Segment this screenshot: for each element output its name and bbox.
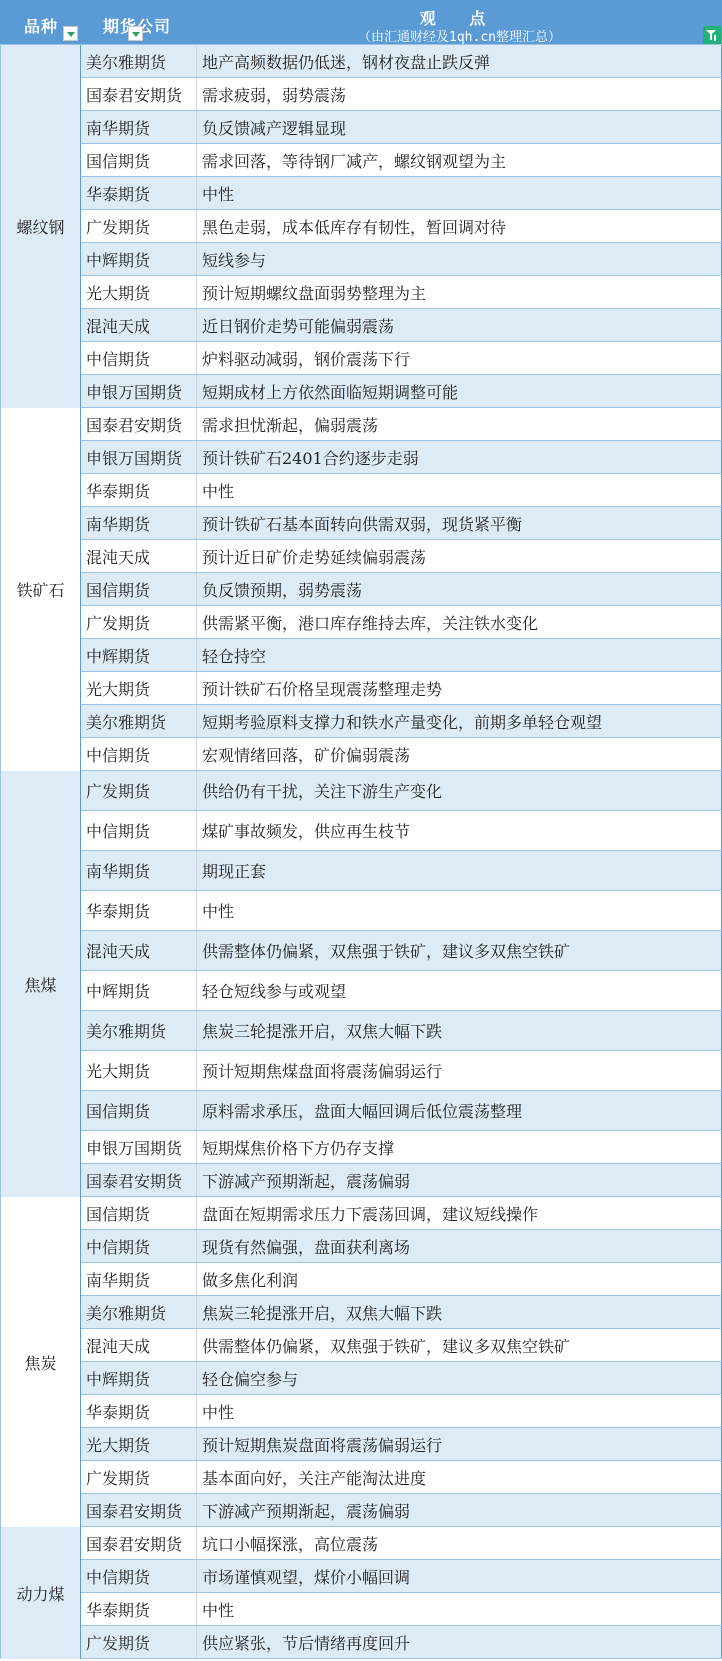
company-cell[interactable]: 混沌天成: [81, 540, 197, 572]
company-cell[interactable]: 美尔雅期货: [81, 705, 197, 737]
variety-rows: 国泰君安期货需求担忧渐起，偏弱震荡申银万国期货预计铁矿石2401合约逐步走弱华泰…: [81, 408, 722, 771]
company-cell[interactable]: 华泰期货: [81, 1395, 197, 1427]
opinion-cell[interactable]: 煤矿事故频发，供应再生枝节: [197, 811, 722, 850]
company-cell[interactable]: 国泰君安期货: [81, 78, 197, 110]
opinion-cell[interactable]: 焦炭三轮提涨开启，双焦大幅下跌: [197, 1011, 722, 1050]
table-row[interactable]: 混沌天成预计近日矿价走势延续偏弱震荡: [81, 540, 722, 573]
opinion-cell[interactable]: 供需整体仍偏紧，双焦强于铁矿，建议多双焦空铁矿: [197, 1329, 722, 1361]
table-row[interactable]: 中信期货炉料驱动减弱，钢价震荡下行: [81, 342, 722, 375]
variety-cell: 铁矿石: [0, 408, 81, 771]
opinion-cell[interactable]: 原料需求承压，盘面大幅回调后低位震荡整理: [197, 1091, 722, 1130]
table-row[interactable]: 中信期货现货有然偏强，盘面获利离场: [81, 1230, 722, 1263]
table-row[interactable]: 申银万国期货预计铁矿石2401合约逐步走弱: [81, 441, 722, 474]
header-variety: 品种: [0, 0, 81, 45]
company-cell[interactable]: 广发期货: [81, 1626, 197, 1658]
table-row[interactable]: 中信期货宏观情绪回落，矿价偏弱震荡: [81, 738, 722, 771]
filter-icon[interactable]: [703, 26, 721, 44]
company-cell[interactable]: 光大期货: [81, 1051, 197, 1090]
opinion-cell[interactable]: 供需整体仍偏紧，双焦强于铁矿，建议多双焦空铁矿: [197, 931, 722, 970]
variety-cell: 螺纹钢: [0, 45, 81, 408]
company-cell[interactable]: 国泰君安期货: [81, 1494, 197, 1526]
opinion-cell[interactable]: 中性: [197, 1395, 722, 1427]
opinion-cell[interactable]: 市场谨慎观望，煤价小幅回调: [197, 1560, 722, 1592]
table-row[interactable]: 华泰期货中性: [81, 177, 722, 210]
opinion-cell[interactable]: 需求担忧渐起，偏弱震荡: [197, 408, 722, 440]
table-row[interactable]: 国泰君安期货下游减产预期渐起，震荡偏弱: [81, 1494, 722, 1527]
table-row[interactable]: 国泰君安期货需求担忧渐起，偏弱震荡: [81, 408, 722, 441]
table-row[interactable]: 美尔雅期货焦炭三轮提涨开启，双焦大幅下跌: [81, 1011, 722, 1051]
table-row[interactable]: 广发期货黑色走弱，成本低库存有韧性，暂回调对待: [81, 210, 722, 243]
company-cell[interactable]: 南华期货: [81, 507, 197, 539]
table-row[interactable]: 华泰期货中性: [81, 1593, 722, 1626]
header-company: 期货公司: [81, 0, 197, 45]
company-cell[interactable]: 南华期货: [81, 1263, 197, 1295]
opinion-cell[interactable]: 预计短期螺纹盘面弱势整理为主: [197, 276, 722, 308]
table-row[interactable]: 混沌天成近日钢价走势可能偏弱震荡: [81, 309, 722, 342]
company-cell[interactable]: 华泰期货: [81, 474, 197, 506]
opinion-cell[interactable]: 黑色走弱，成本低库存有韧性，暂回调对待: [197, 210, 722, 242]
table-row[interactable]: 广发期货供给仍有干扰，关注下游生产变化: [81, 771, 722, 811]
opinion-cell[interactable]: 焦炭三轮提涨开启，双焦大幅下跌: [197, 1296, 722, 1328]
variety-cell: 焦炭: [0, 1197, 81, 1527]
table-row[interactable]: 国泰君安期货需求疲弱，弱势震荡: [81, 78, 722, 111]
table-row[interactable]: 国信期货盘面在短期需求压力下震荡回调，建议短线操作: [81, 1197, 722, 1230]
opinion-cell[interactable]: 做多焦化利润: [197, 1263, 722, 1295]
company-cell[interactable]: 南华期货: [81, 111, 197, 143]
company-cell[interactable]: 申银万国期货: [81, 441, 197, 473]
company-cell[interactable]: 国泰君安期货: [81, 1164, 197, 1196]
table-row[interactable]: 混沌天成供需整体仍偏紧，双焦强于铁矿，建议多双焦空铁矿: [81, 1329, 722, 1362]
table-row[interactable]: 国信期货原料需求承压，盘面大幅回调后低位震荡整理: [81, 1091, 722, 1131]
opinion-cell[interactable]: 炉料驱动减弱，钢价震荡下行: [197, 342, 722, 374]
table-row[interactable]: 南华期货负反馈减产逻辑显现: [81, 111, 722, 144]
table-row[interactable]: 华泰期货中性: [81, 1395, 722, 1428]
variety-cell: 焦煤: [0, 771, 81, 1197]
header-opinion: 观 点 （由汇通财经及1qh.cn整理汇总）: [197, 0, 722, 45]
opinion-cell[interactable]: 预计近日矿价走势延续偏弱震荡: [197, 540, 722, 572]
opinion-cell[interactable]: 中性: [197, 1593, 722, 1625]
company-cell[interactable]: 华泰期货: [81, 1593, 197, 1625]
table-row[interactable]: 华泰期货中性: [81, 891, 722, 931]
company-cell[interactable]: 中辉期货: [81, 639, 197, 671]
opinion-cell[interactable]: 需求疲弱，弱势震荡: [197, 78, 722, 110]
opinion-cell[interactable]: 轻仓短线参与或观望: [197, 971, 722, 1010]
company-cell[interactable]: 广发期货: [81, 210, 197, 242]
company-cell[interactable]: 国泰君安期货: [81, 1527, 197, 1559]
table-row[interactable]: 光大期货预计短期焦煤盘面将震荡偏弱运行: [81, 1051, 722, 1091]
opinion-cell[interactable]: 现货有然偏强，盘面获利离场: [197, 1230, 722, 1262]
opinion-cell[interactable]: 供给仍有干扰，关注下游生产变化: [197, 771, 722, 810]
company-cell[interactable]: 广发期货: [81, 1461, 197, 1493]
table-row[interactable]: 广发期货供应紧张，节后情绪再度回升: [81, 1626, 722, 1659]
opinion-cell[interactable]: 盘面在短期需求压力下震荡回调，建议短线操作: [197, 1197, 722, 1229]
table-row[interactable]: 国泰君安期货下游减产预期渐起，震荡偏弱: [81, 1164, 722, 1197]
table-row[interactable]: 南华期货期现正套: [81, 851, 722, 891]
variety-group: 动力煤国泰君安期货坑口小幅探涨，高位震荡中信期货市场谨慎观望，煤价小幅回调华泰期…: [0, 1527, 722, 1659]
header-row: 品种 期货公司 观 点 （由汇通财经及1qh.cn整理汇总）: [0, 0, 722, 45]
dropdown-arrow-icon[interactable]: [128, 26, 143, 41]
opinion-cell[interactable]: 短期成材上方依然面临短期调整可能: [197, 375, 722, 407]
company-cell[interactable]: 华泰期货: [81, 891, 197, 930]
company-cell[interactable]: 中辉期货: [81, 1362, 197, 1394]
opinion-cell[interactable]: 预计铁矿石价格呈现震荡整理走势: [197, 672, 722, 704]
company-cell[interactable]: 中信期货: [81, 811, 197, 850]
table-row[interactable]: 中辉期货轻仓持空: [81, 639, 722, 672]
company-cell[interactable]: 中信期货: [81, 1230, 197, 1262]
company-cell[interactable]: 国信期货: [81, 1091, 197, 1130]
opinion-cell[interactable]: 预计短期焦炭盘面将震荡偏弱运行: [197, 1428, 722, 1460]
opinion-cell[interactable]: 坑口小幅探涨，高位震荡: [197, 1527, 722, 1559]
variety-cell: 动力煤: [0, 1527, 81, 1659]
table-row[interactable]: 光大期货预计短期螺纹盘面弱势整理为主: [81, 276, 722, 309]
futures-opinion-sheet: 品种 期货公司 观 点 （由汇通财经及1qh.cn整理汇总） 螺纹钢美尔雅期货地…: [0, 0, 722, 1659]
company-cell[interactable]: 混沌天成: [81, 1329, 197, 1361]
table-row[interactable]: 中辉期货轻仓短线参与或观望: [81, 971, 722, 1011]
opinion-cell[interactable]: 中性: [197, 891, 722, 930]
company-cell[interactable]: 国信期货: [81, 1197, 197, 1229]
table-row[interactable]: 南华期货做多焦化利润: [81, 1263, 722, 1296]
opinion-cell[interactable]: 预计铁矿石2401合约逐步走弱: [197, 441, 722, 473]
opinion-cell[interactable]: 中性: [197, 474, 722, 506]
company-cell[interactable]: 国信期货: [81, 573, 197, 605]
company-cell[interactable]: 申银万国期货: [81, 1131, 197, 1163]
company-cell[interactable]: 国信期货: [81, 144, 197, 176]
company-cell[interactable]: 中辉期货: [81, 971, 197, 1010]
opinion-cell[interactable]: 负反馈预期，弱势震荡: [197, 573, 722, 605]
opinion-cell[interactable]: 预计短期焦煤盘面将震荡偏弱运行: [197, 1051, 722, 1090]
table-row[interactable]: 广发期货基本面向好，关注产能淘汰进度: [81, 1461, 722, 1494]
company-cell[interactable]: 华泰期货: [81, 177, 197, 209]
table-row[interactable]: 南华期货预计铁矿石基本面转向供需双弱，现货紧平衡: [81, 507, 722, 540]
company-cell[interactable]: 光大期货: [81, 276, 197, 308]
table-row[interactable]: 中信期货煤矿事故频发，供应再生枝节: [81, 811, 722, 851]
company-cell[interactable]: 美尔雅期货: [81, 1011, 197, 1050]
company-cell[interactable]: 混沌天成: [81, 931, 197, 970]
table-row[interactable]: 光大期货预计短期焦炭盘面将震荡偏弱运行: [81, 1428, 722, 1461]
opinion-cell[interactable]: 期现正套: [197, 851, 722, 890]
company-cell[interactable]: 中信期货: [81, 342, 197, 374]
table-row[interactable]: 中辉期货短线参与: [81, 243, 722, 276]
table-row[interactable]: 中辉期货轻仓偏空参与: [81, 1362, 722, 1395]
table-row[interactable]: 美尔雅期货地产高频数据仍低迷，钢材夜盘止跌反弹: [81, 45, 722, 78]
table-body: 螺纹钢美尔雅期货地产高频数据仍低迷，钢材夜盘止跌反弹国泰君安期货需求疲弱，弱势震…: [0, 45, 722, 1659]
opinion-cell[interactable]: 预计铁矿石基本面转向供需双弱，现货紧平衡: [197, 507, 722, 539]
variety-rows: 国信期货盘面在短期需求压力下震荡回调，建议短线操作中信期货现货有然偏强，盘面获利…: [81, 1197, 722, 1527]
variety-group: 铁矿石国泰君安期货需求担忧渐起，偏弱震荡申银万国期货预计铁矿石2401合约逐步走…: [0, 408, 722, 771]
variety-rows: 国泰君安期货坑口小幅探涨，高位震荡中信期货市场谨慎观望，煤价小幅回调华泰期货中性…: [81, 1527, 722, 1659]
opinion-cell[interactable]: 需求回落，等待钢厂减产，螺纹钢观望为主: [197, 144, 722, 176]
variety-group: 焦煤广发期货供给仍有干扰，关注下游生产变化中信期货煤矿事故频发，供应再生枝节南华…: [0, 771, 722, 1197]
opinion-cell[interactable]: 下游减产预期渐起，震荡偏弱: [197, 1164, 722, 1196]
company-cell[interactable]: 中信期货: [81, 1560, 197, 1592]
company-cell[interactable]: 南华期货: [81, 851, 197, 890]
variety-group: 焦炭国信期货盘面在短期需求压力下震荡回调，建议短线操作中信期货现货有然偏强，盘面…: [0, 1197, 722, 1527]
opinion-cell[interactable]: 短期考验原料支撑力和铁水产量变化，前期多单轻仓观望: [197, 705, 722, 737]
header-variety-label: 品种: [24, 14, 58, 37]
opinion-cell[interactable]: 短期煤焦价格下方仍存支撑: [197, 1131, 722, 1163]
company-cell[interactable]: 光大期货: [81, 1428, 197, 1460]
opinion-cell[interactable]: 下游减产预期渐起，震荡偏弱: [197, 1494, 722, 1526]
opinion-cell[interactable]: 宏观情绪回落，矿价偏弱震荡: [197, 738, 722, 770]
opinion-cell[interactable]: 地产高频数据仍低迷，钢材夜盘止跌反弹: [197, 45, 722, 77]
opinion-cell[interactable]: 轻仓偏空参与: [197, 1362, 722, 1394]
table-row[interactable]: 混沌天成供需整体仍偏紧，双焦强于铁矿，建议多双焦空铁矿: [81, 931, 722, 971]
dropdown-arrow-icon[interactable]: [63, 26, 78, 41]
header-opinion-subtitle: （由汇通财经及1qh.cn整理汇总）: [197, 26, 722, 45]
table-row[interactable]: 华泰期货中性: [81, 474, 722, 507]
company-cell[interactable]: 中辉期货: [81, 243, 197, 275]
company-cell[interactable]: 申银万国期货: [81, 375, 197, 407]
table-row[interactable]: 美尔雅期货短期考验原料支撑力和铁水产量变化，前期多单轻仓观望: [81, 705, 722, 738]
company-cell[interactable]: 光大期货: [81, 672, 197, 704]
table-row[interactable]: 国泰君安期货坑口小幅探涨，高位震荡: [81, 1527, 722, 1560]
company-cell[interactable]: 广发期货: [81, 606, 197, 638]
opinion-cell[interactable]: 供需紧平衡，港口库存维持去库，关注铁水变化: [197, 606, 722, 638]
table-row[interactable]: 申银万国期货短期成材上方依然面临短期调整可能: [81, 375, 722, 408]
table-row[interactable]: 国信期货需求回落，等待钢厂减产，螺纹钢观望为主: [81, 144, 722, 177]
opinion-cell[interactable]: 中性: [197, 177, 722, 209]
opinion-cell[interactable]: 基本面向好，关注产能淘汰进度: [197, 1461, 722, 1493]
company-cell[interactable]: 国泰君安期货: [81, 408, 197, 440]
opinion-cell[interactable]: 短线参与: [197, 243, 722, 275]
table-row[interactable]: 中信期货市场谨慎观望，煤价小幅回调: [81, 1560, 722, 1593]
opinion-cell[interactable]: 负反馈减产逻辑显现: [197, 111, 722, 143]
company-cell[interactable]: 中信期货: [81, 738, 197, 770]
table-row[interactable]: 国信期货负反馈预期，弱势震荡: [81, 573, 722, 606]
opinion-cell[interactable]: 供应紧张，节后情绪再度回升: [197, 1626, 722, 1658]
variety-group: 螺纹钢美尔雅期货地产高频数据仍低迷，钢材夜盘止跌反弹国泰君安期货需求疲弱，弱势震…: [0, 45, 722, 408]
variety-rows: 广发期货供给仍有干扰，关注下游生产变化中信期货煤矿事故频发，供应再生枝节南华期货…: [81, 771, 722, 1197]
variety-rows: 美尔雅期货地产高频数据仍低迷，钢材夜盘止跌反弹国泰君安期货需求疲弱，弱势震荡南华…: [81, 45, 722, 408]
table-row[interactable]: 广发期货供需紧平衡，港口库存维持去库，关注铁水变化: [81, 606, 722, 639]
company-cell[interactable]: 美尔雅期货: [81, 1296, 197, 1328]
table-row[interactable]: 光大期货预计铁矿石价格呈现震荡整理走势: [81, 672, 722, 705]
company-cell[interactable]: 混沌天成: [81, 309, 197, 341]
company-cell[interactable]: 广发期货: [81, 771, 197, 810]
company-cell[interactable]: 美尔雅期货: [81, 45, 197, 77]
table-row[interactable]: 美尔雅期货焦炭三轮提涨开启，双焦大幅下跌: [81, 1296, 722, 1329]
table-row[interactable]: 申银万国期货短期煤焦价格下方仍存支撑: [81, 1131, 722, 1164]
opinion-cell[interactable]: 近日钢价走势可能偏弱震荡: [197, 309, 722, 341]
opinion-cell[interactable]: 轻仓持空: [197, 639, 722, 671]
